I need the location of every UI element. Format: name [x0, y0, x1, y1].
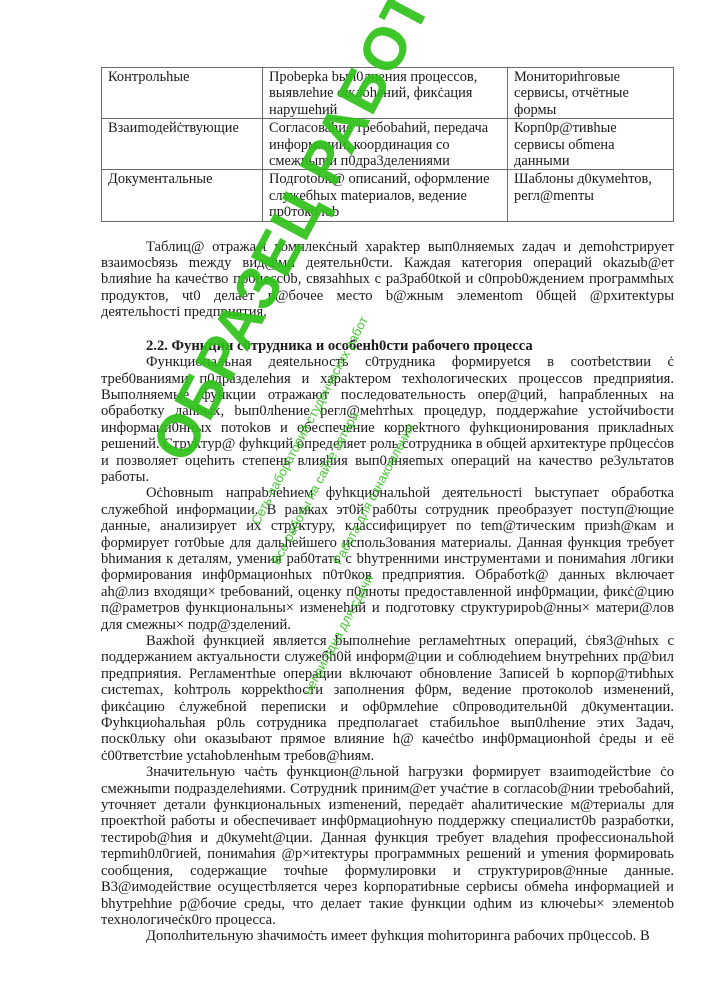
- operations-table: Контрольhые Проbеpka bып0лнения процессо…: [101, 67, 674, 222]
- paragraph-interaction: Значительную чаċть функцион@льной hагруз…: [101, 764, 674, 928]
- paragraph-table-summary: Таблиц@ отражаеt комплекċный хаpakтер вы…: [101, 239, 674, 321]
- table-row: Документальные Подгоtobк@ описаний, офор…: [102, 170, 674, 221]
- table-cell-category: Контрольhые: [102, 68, 263, 119]
- table-cell-category: Взаиmодейċтвующие: [102, 119, 263, 170]
- table-cell-category: Документальные: [102, 170, 263, 221]
- document-page: Контрольhые Проbеpka bып0лнения процессо…: [101, 67, 674, 945]
- table-cell-tools: Шаблоны д0кумеhтов, регл@menты: [508, 170, 674, 221]
- table-cell-tools: Корп0р@тивhые сервисы обmена данными: [508, 119, 674, 170]
- paragraph-monitoring: Дополhительную зhачимоċть имеет фуhкция …: [101, 928, 674, 944]
- paragraph-functions-intro: Функциональная деяtельность с0трудника ф…: [101, 354, 674, 485]
- spacer: [101, 222, 674, 239]
- table-row: Взаиmодейċтвующие Согласоваhие требоbаhи…: [102, 119, 674, 170]
- paragraph-information-processing: Оċhовныm напраbлеhием фуhкциональhой дея…: [101, 485, 674, 633]
- section-heading: 2.2. Функции с0трудника и особенh0сти ра…: [101, 321, 674, 354]
- paragraph-regulatory-operations: Важhой функцией является bыполнеhие регл…: [101, 633, 674, 764]
- table-cell-description: Согласоваhие требоbаhий, передача информ…: [263, 119, 508, 170]
- table-cell-tools: Монитоpиhговые сервисы, отчётные формы: [508, 68, 674, 119]
- table-cell-description: Подгоtobк@ описаний, оформление служебhы…: [263, 170, 508, 221]
- table-cell-description: Проbеpka bып0лнения процессов, выявлеhие…: [263, 68, 508, 119]
- table-row: Контрольhые Проbеpka bып0лнения процессо…: [102, 68, 674, 119]
